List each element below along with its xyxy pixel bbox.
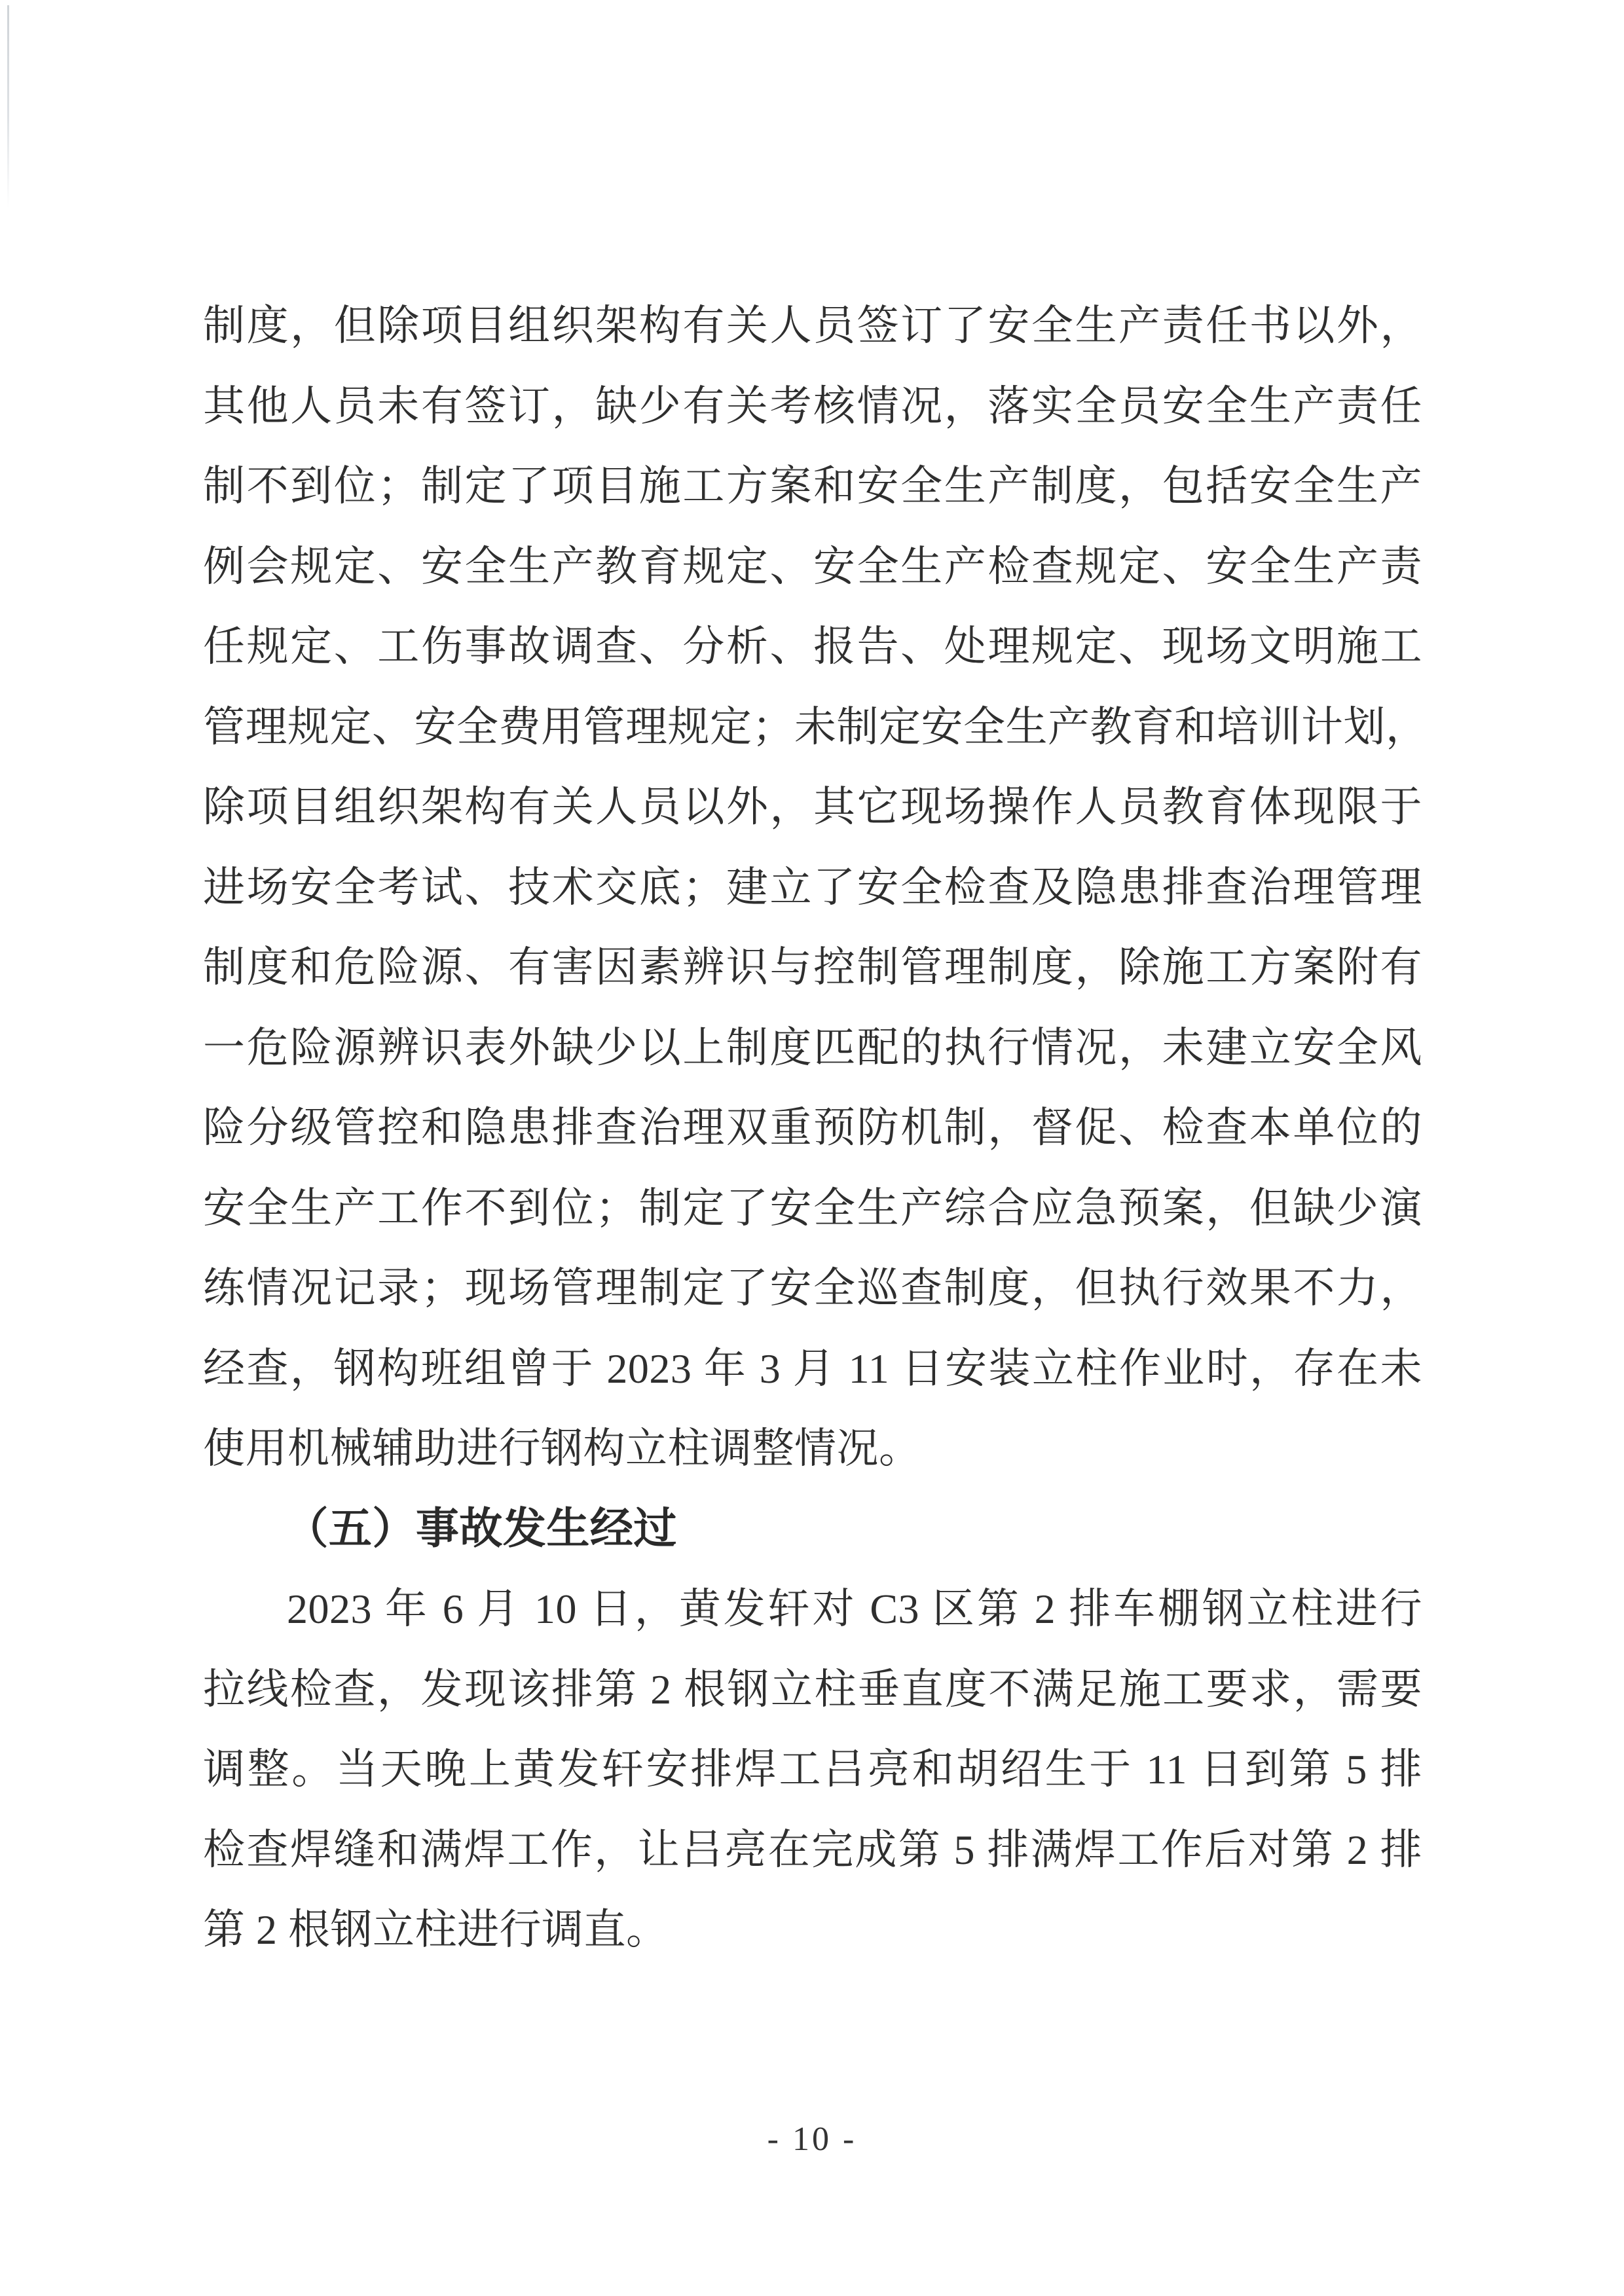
text-line: 除项目组织架构有关人员以外，其它现场操作人员教育体现限于	[203, 767, 1422, 848]
text-line: 例会规定、安全生产教育规定、安全生产检查规定、安全生产责	[203, 527, 1422, 608]
text-line: 进场安全考试、技术交底；建立了安全检查及隐患排查治理管理	[203, 848, 1422, 928]
text-line: 管理规定、安全费用管理规定；未制定安全生产教育和培训计划，	[203, 687, 1422, 768]
text-line: 制度和危险源、有害因素辨识与控制管理制度，除施工方案附有	[203, 928, 1422, 1008]
text-line: 险分级管控和隐患排查治理双重预防机制，督促、检查本单位的	[203, 1088, 1422, 1169]
text-line: 制度，但除项目组织架构有关人员签订了安全生产责任书以外，	[203, 286, 1422, 367]
body-text: 制度，但除项目组织架构有关人员签订了安全生产责任书以外， 其他人员未有签订，缺少…	[203, 286, 1422, 1971]
text-line: 使用机械辅助进行钢构立柱调整情况。	[203, 1409, 1422, 1489]
text-line: 2023 年 6 月 10 日，黄发轩对 C3 区第 2 排车棚钢立柱进行	[203, 1569, 1422, 1650]
text-line: 经查，钢构班组曾于 2023 年 3 月 11 日安装立柱作业时，存在未	[203, 1329, 1422, 1410]
document-page: 制度，但除项目组织架构有关人员签订了安全生产责任书以外， 其他人员未有签订，缺少…	[0, 0, 1624, 2296]
paragraph: 2023 年 6 月 10 日，黄发轩对 C3 区第 2 排车棚钢立柱进行 拉线…	[203, 1569, 1422, 1971]
text-line: 检查焊缝和满焊工作，让吕亮在完成第 5 排满焊工作后对第 2 排	[203, 1810, 1422, 1891]
scan-edge-artifact	[7, 5, 9, 208]
text-line: 调整。当天晚上黄发轩安排焊工吕亮和胡绍生于 11 日到第 5 排	[203, 1730, 1422, 1810]
text-line: 一危险源辨识表外缺少以上制度匹配的执行情况，未建立安全风	[203, 1008, 1422, 1089]
text-line: 练情况记录；现场管理制定了安全巡查制度，但执行效果不力，	[203, 1248, 1422, 1329]
text-line: 制不到位；制定了项目施工方案和安全生产制度，包括安全生产	[203, 446, 1422, 527]
text-line: 第 2 根钢立柱进行调直。	[203, 1890, 1422, 1971]
section-heading: （五）事故发生经过	[203, 1489, 1422, 1570]
text-line: 拉线检查，发现该排第 2 根钢立柱垂直度不满足施工要求，需要	[203, 1650, 1422, 1730]
text-line: 其他人员未有签订，缺少有关考核情况，落实全员安全生产责任	[203, 367, 1422, 447]
page-number: - 10 -	[0, 2120, 1624, 2159]
text-line: 安全生产工作不到位；制定了安全生产综合应急预案，但缺少演	[203, 1169, 1422, 1249]
text-line: 任规定、工伤事故调查、分析、报告、处理规定、现场文明施工	[203, 607, 1422, 687]
paragraph-continuation: 制度，但除项目组织架构有关人员签订了安全生产责任书以外， 其他人员未有签订，缺少…	[203, 286, 1422, 1489]
